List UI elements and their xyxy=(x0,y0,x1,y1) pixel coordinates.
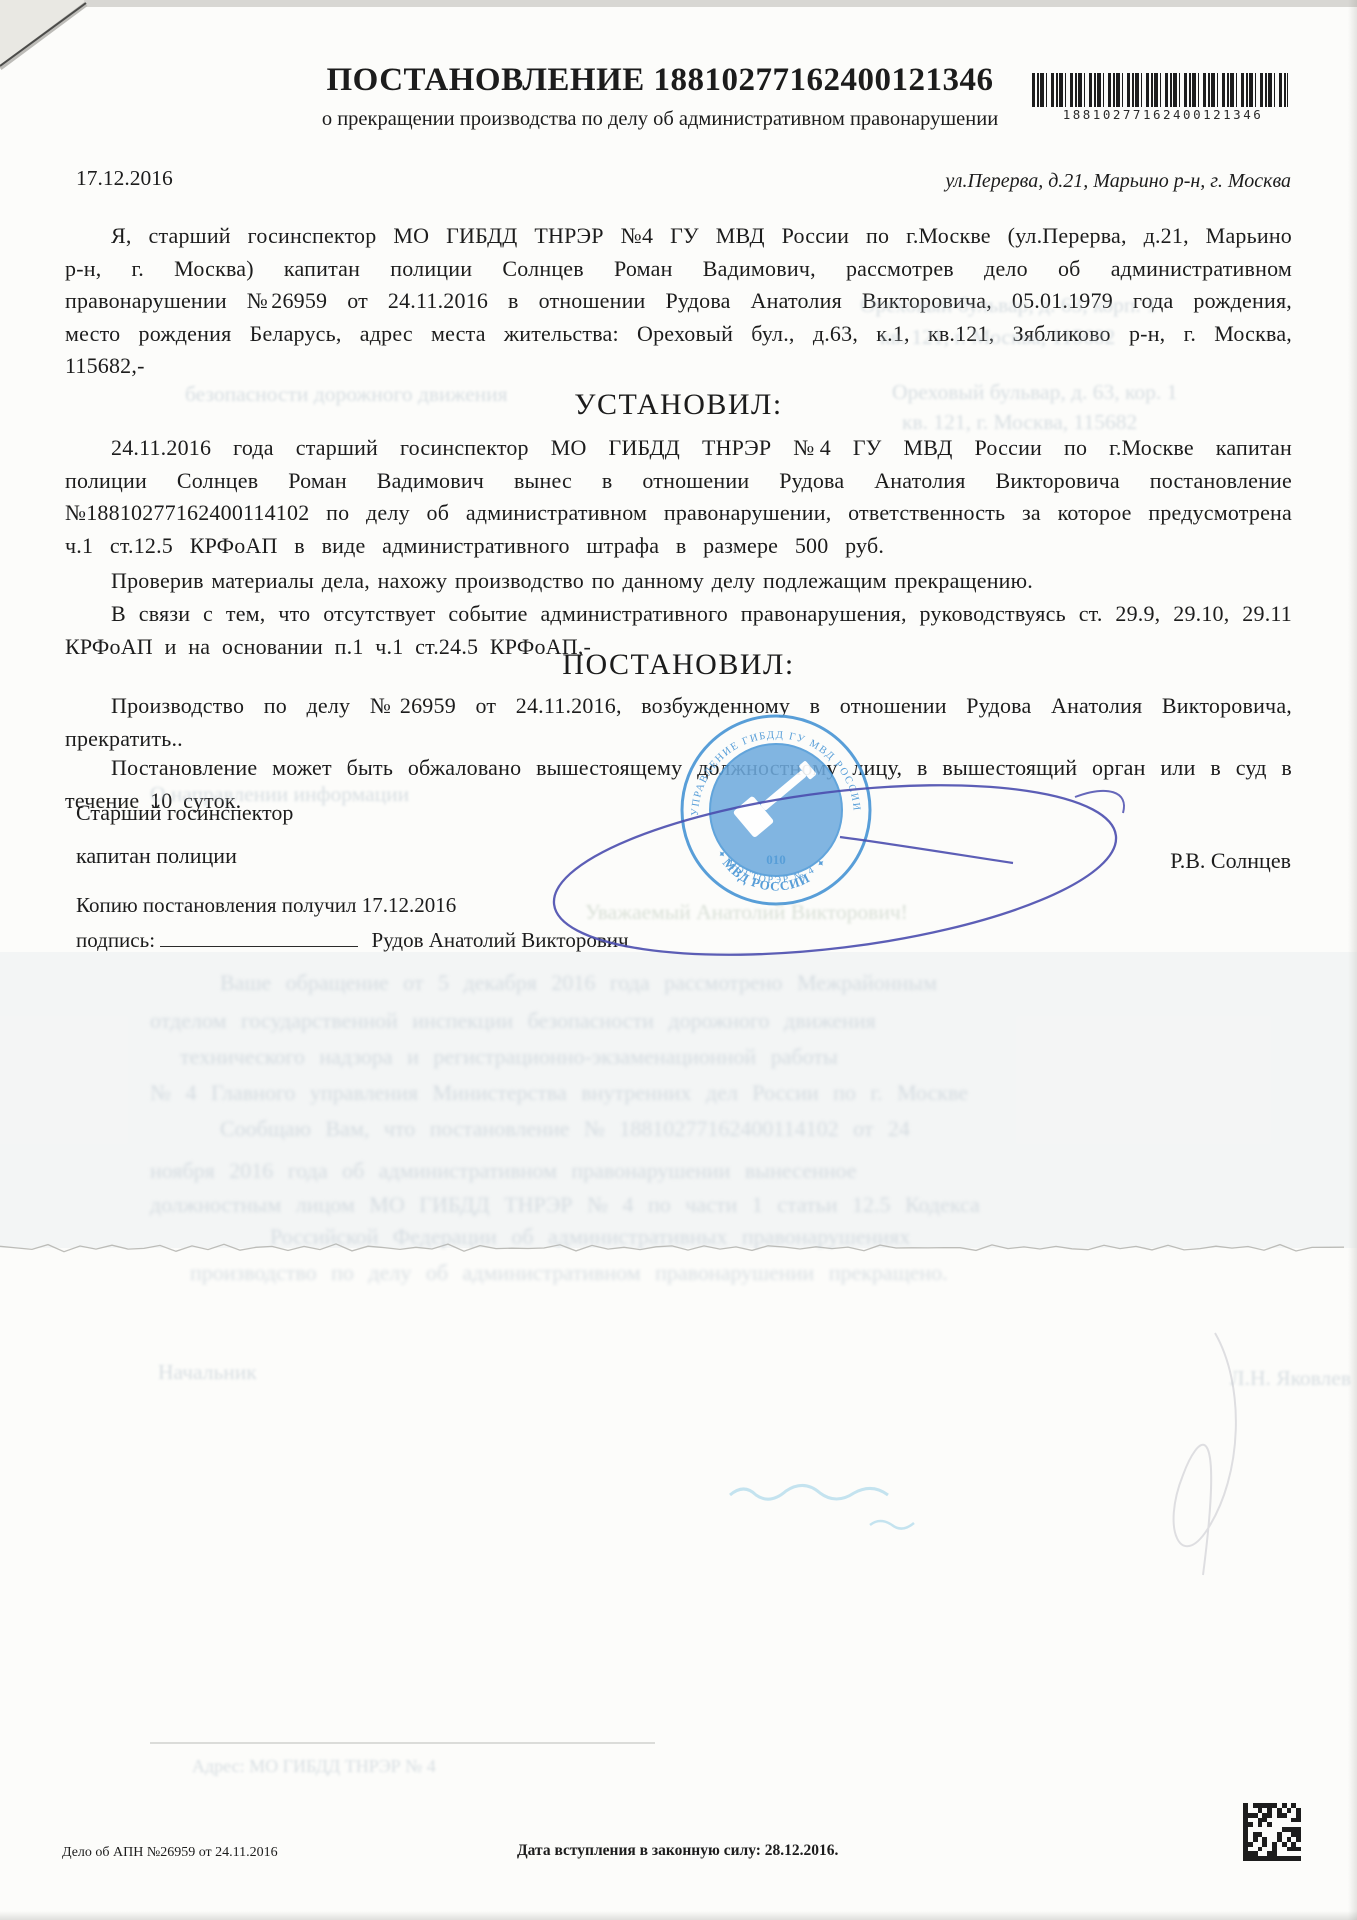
established-paragraph-1: 24.11.2016 года старший госинспектор МО … xyxy=(65,432,1292,562)
ghost-fragment: Ореховый бульвар, д. 63, корп. 1 xyxy=(860,293,1157,318)
ghost-blue-scribble xyxy=(720,1455,1020,1545)
ghost-rule-line xyxy=(150,1742,655,1744)
document-date: 17.12.2016 xyxy=(76,166,173,191)
ghost-line: № 4 Главного управления Министерства вну… xyxy=(150,1080,1310,1106)
signature-label: подпись: xyxy=(76,928,155,952)
ghost-line: Российской Федерации об административных… xyxy=(150,1224,1357,1250)
signature-blank-line xyxy=(160,928,358,947)
ghost-line: Ваше обращение от 5 декабря 2016 года ра… xyxy=(150,970,1357,996)
ghost-line: Сообщаю Вам, что постановление № 1881027… xyxy=(150,1116,1357,1142)
folded-corner-artifact xyxy=(0,0,110,90)
officer-post-line2: капитан полиции xyxy=(76,843,237,869)
ghost-fragment: Начальник xyxy=(158,1360,257,1385)
issuing-address: ул.Перерва, д.21, Марьино р-н, г. Москва xyxy=(945,170,1291,193)
document-title: ПОСТАНОВЛЕНИЕ 18810277162400121346 xyxy=(265,62,1055,99)
heading-resolved: ПОСТАНОВИЛ: xyxy=(65,648,1292,682)
barcode-number: 18810277162400121346 xyxy=(1040,107,1286,122)
footer-case-number: Дело об АПН №26959 от 24.11.2016 xyxy=(62,1845,278,1861)
established-paragraph-2: Проверив материалы дела, нахожу производ… xyxy=(65,565,1292,598)
barcode-1d xyxy=(1032,73,1288,107)
ghost-fragment: Л.Н. Яковлев xyxy=(1230,1366,1351,1391)
ghost-fragment: Адрес: МО ГИБДД ТНРЭР № 4 xyxy=(192,1756,436,1777)
officer-name: Р.В. Солнцев xyxy=(1170,848,1291,874)
scan-edge-bottom xyxy=(0,1911,1357,1920)
pen-signature xyxy=(535,765,1155,980)
ghost-line: технического надзора и регистрационно-эк… xyxy=(150,1044,1340,1070)
scan-edge-top xyxy=(0,0,1357,7)
ghost-fragment: О направлении информации xyxy=(150,782,409,807)
ghost-line: отделом государственной инспекции безопа… xyxy=(150,1008,1310,1034)
scanned-document-page: ПОСТАНОВЛЕНИЕ 18810277162400121346 о пре… xyxy=(0,0,1357,1920)
footer-effective-date: Дата вступления в законную силу: 28.12.2… xyxy=(517,1842,838,1860)
ghost-line: должностным лицом МО ГИБДД ТНРЭР № 4 по … xyxy=(150,1192,1310,1218)
ghost-fragment: Ореховый бульвар, д. 63, кор. 1 xyxy=(892,380,1177,405)
datamatrix-barcode xyxy=(1243,1803,1301,1861)
ghost-line: производство по делу об административном… xyxy=(150,1260,1350,1286)
ghost-fragment: кв. 121, г. Москва, 115682 xyxy=(880,325,1115,350)
ghost-fragment: безопасности дорожного движения xyxy=(185,382,508,407)
ghost-line: ноября 2016 года об административном пра… xyxy=(150,1158,1310,1184)
ghost-fragment: Уважаемый Анатолий Викторович! xyxy=(585,900,908,925)
copy-received-line: Копию постановления получил 17.12.2016 xyxy=(76,893,456,918)
ghost-fragment: кв. 121, г. Москва, 115682 xyxy=(902,410,1137,435)
